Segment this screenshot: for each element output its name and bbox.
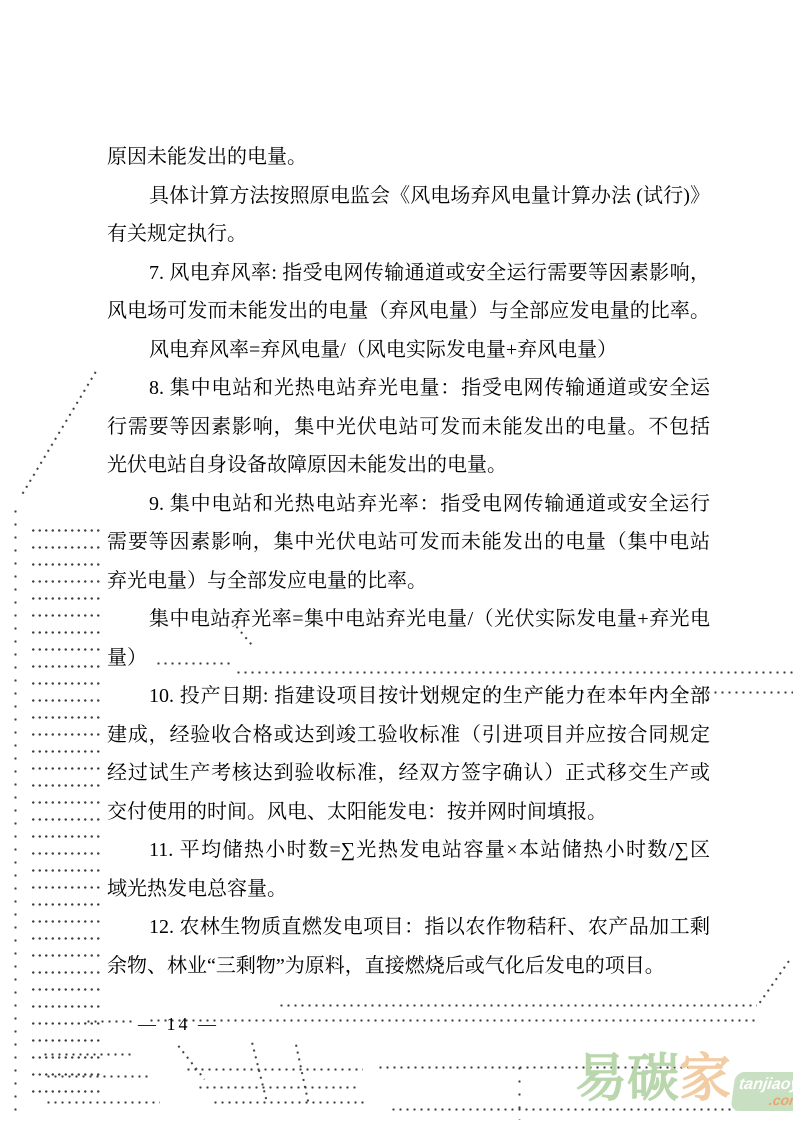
text-line: 建成，经验收合格或达到竣工验收标准（引进项目并应按合同规定 [107,716,710,755]
dotted-artifact [757,956,793,1005]
dotted-artifact [278,1004,757,1007]
text-line: 光伏电站自身设备故障原因未能发出的电量。 [107,446,710,485]
text-line: 11. 平均储热小时数=∑光热发电站容量×本站储热小时数/∑区 [107,831,710,870]
text-line: 8. 集中电站和光热电站弃光电量：指受电网传输通道或安全运 [107,369,710,408]
text-line: 有关规定执行。 [107,215,710,254]
text-line: 经过试生产考核达到验收标准，经双方签字确认）正式移交生产或 [107,754,710,793]
dotted-artifact [14,505,17,1120]
watermark-char-tan: 碳 [627,1050,679,1110]
text-line: 域光热发电总容量。 [107,870,710,909]
text-line: 交付使用的时间。风电、太阳能发电：按并网时间填报。 [107,793,710,832]
dotted-artifact [250,1040,268,1103]
watermark-char-yi: 易 [575,1050,627,1110]
text-line: 弃光电量）与全部发应电量的比率。 [107,562,710,601]
text-line: 风电场可发而未能发出的电量（弃风电量）与全部应发电量的比率。 [107,292,710,331]
watermark-char-jia: 家 [679,1050,731,1110]
text-line: 行需要等因素影响，集中光伏电站可发而未能发出的电量。不包括 [107,408,710,447]
dotted-artifact [148,1019,758,1022]
dotted-artifact [176,1043,206,1080]
text-line: 7. 风电弃风率: 指受电网传输通道或安全运行需要等因素影响， [107,254,710,293]
dotted-artifact [294,1042,310,1103]
dotted-artifact [45,1075,148,1078]
text-line: 量） [107,639,710,678]
dotted-artifact [45,1101,160,1104]
tanjiaoyi-badge: tanjiaoyi .com [730,1072,793,1111]
text-line: 集中电站弃光率=集中电站弃光电量/（光伏实际发电量+弃光电 [107,600,710,639]
text-line: 9. 集中电站和光热电站弃光率：指受电网传输通道或安全运行 [107,485,710,524]
dotted-artifact [518,1062,521,1120]
text-line: 风电弃风率=弃风电量/（风电实际发电量+弃风电量） [107,331,710,370]
text-line: 12. 农林生物质直燃发电项目：指以农作物秸秆、农产品加工剩 [107,908,710,947]
text-line: 需要等因素影响，集中光伏电站可发而未能发出的电量（集中电站 [107,523,710,562]
dotted-artifact [85,1020,135,1023]
dotted-artifact [185,1068,363,1071]
tanjiaoyi-watermark-logo: 易 碳 家 tanjiaoyi .com [575,1050,793,1116]
text-line: 具体计算方法按照原电监会《风电场弃风电量计算办法 (试行)》 [107,177,710,216]
dotted-artifact [20,369,98,497]
text-line: 10. 投产日期: 指建设项目按计划规定的生产能力在本年内全部 [107,677,710,716]
text-line: 原因未能发出的电量。 [107,138,710,177]
text-line: 余物、林业“三剩物”为原料，直接燃烧后或气化后发电的项目。 [107,947,710,986]
dotted-artifact [197,1086,360,1089]
dotted-artifact [212,1101,367,1104]
page-number: — 14 — [138,1014,219,1035]
tanjiaoyi-tld-label: .com [736,1093,793,1108]
document-page: 原因未能发出的电量。 具体计算方法按照原电监会《风电场弃风电量计算办法 (试行)… [0,0,793,1122]
tanjiaoyi-site-label: tanjiaoyi [738,1076,793,1093]
dotted-artifact [42,1053,135,1056]
document-text: 原因未能发出的电量。 具体计算方法按照原电监会《风电场弃风电量计算办法 (试行)… [107,138,710,985]
